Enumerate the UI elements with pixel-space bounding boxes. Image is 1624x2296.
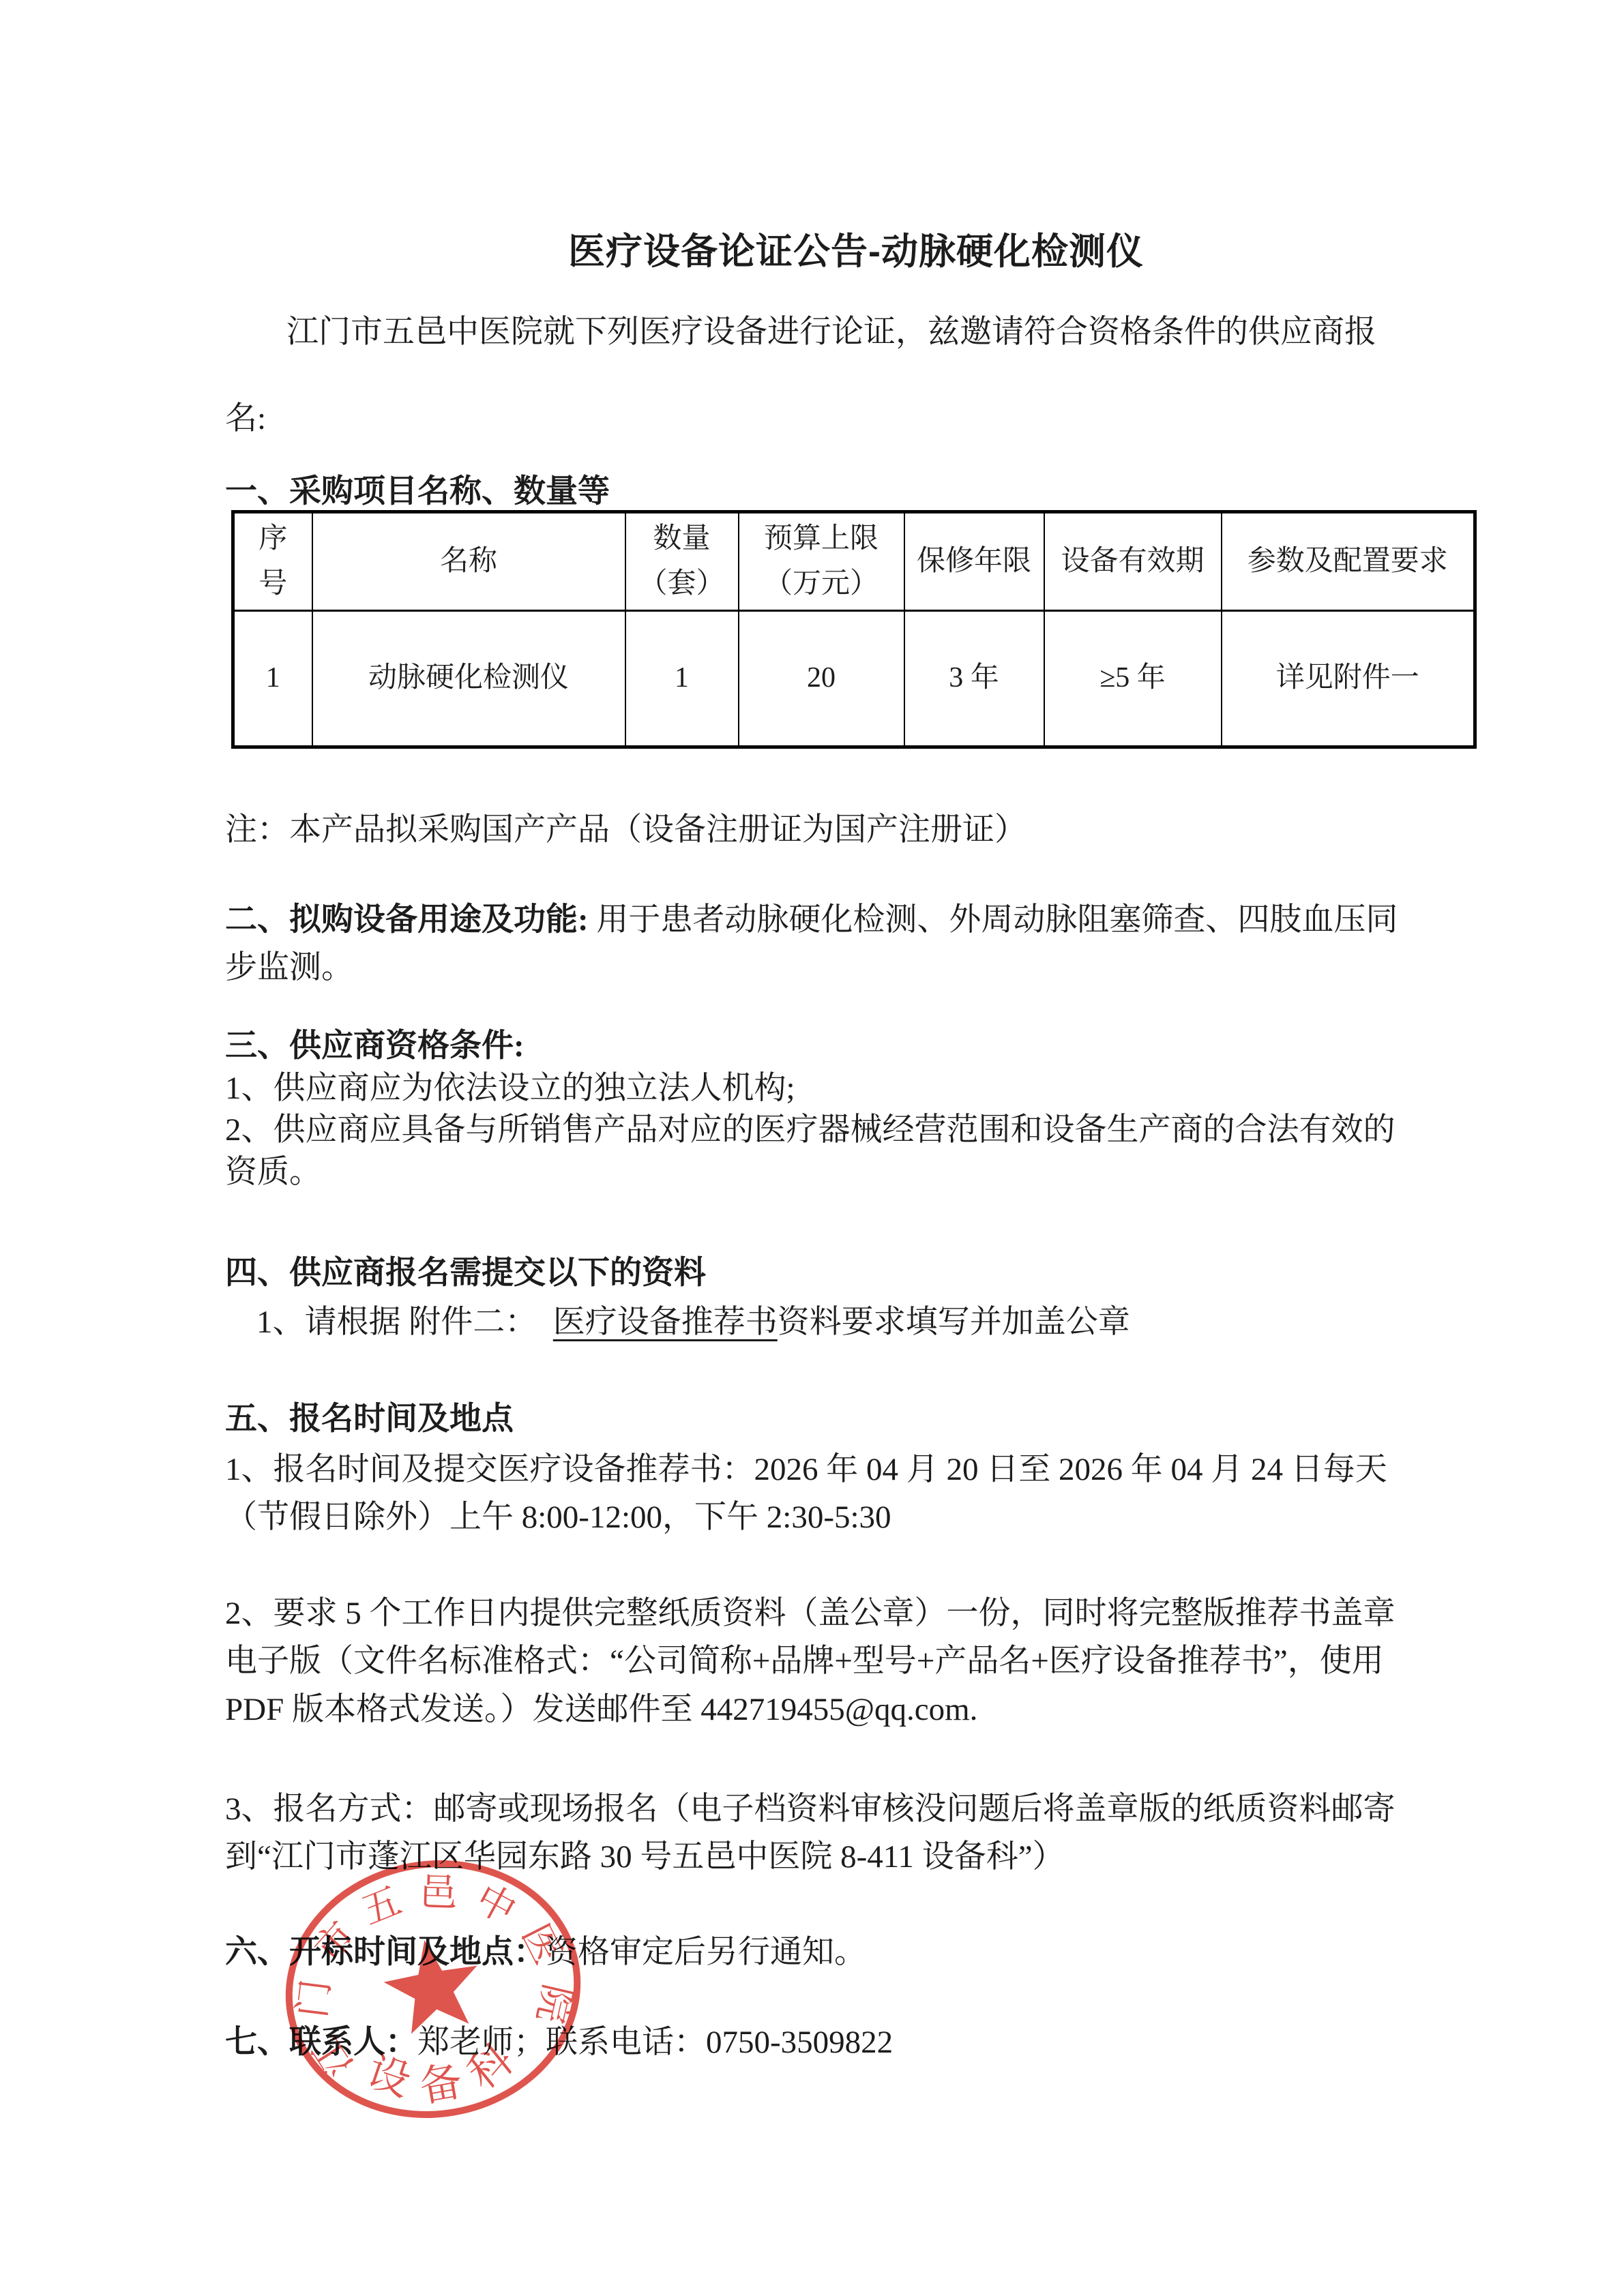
col-header-quantity: 数量 （套）	[625, 512, 739, 611]
cell-validity: ≥5 年	[1044, 611, 1222, 747]
section4-item1-prefix: 1、请根据 附件二：	[256, 1304, 553, 1340]
section5-item1-line1: 1、报名时间及提交医疗设备推荐书：2026 年 04 月 20 日至 2026 …	[225, 1450, 1387, 1490]
section2-line2: 步监测。	[225, 948, 353, 988]
col-header-warranty: 保修年限	[904, 512, 1044, 611]
section5-item3-line2: 到“江门市蓬江区华园东路 30 号五邑中医院 8-411 设备科”）	[225, 1837, 1065, 1877]
section5-item2-line2: 电子版（文件名标准格式：“公司简称+品牌+型号+产品名+医疗设备推荐书”，使用	[225, 1641, 1384, 1682]
cell-name: 动脉硬化检测仪	[312, 611, 625, 747]
table-row: 1 动脉硬化检测仪 1 20 3 年 ≥5 年 详见附件一	[233, 611, 1475, 747]
section3-item1: 1、供应商应为依法设立的独立法人机构;	[225, 1069, 795, 1109]
document-page: 医疗设备论证公告-动脉硬化检测仪 江门市五邑中医院就下列医疗设备进行论证，兹邀请…	[0, 0, 1624, 2296]
section5-item2-line3: PDF 版本格式发送。）发送邮件至 442719455@qq.com.	[225, 1690, 977, 1730]
intro-paragraph-line2: 名:	[225, 399, 266, 439]
col-header-name: 名称	[312, 512, 625, 611]
section5-heading: 五、报名时间及地点	[225, 1399, 514, 1440]
attachment-link[interactable]: 医疗设备推荐书	[553, 1304, 778, 1340]
section2-body-start: 用于患者动脉硬化检测、外周动脉阻塞筛查、四肢血压同	[589, 902, 1398, 938]
col-header-index: 序 号	[233, 512, 312, 611]
intro-paragraph-line1: 江门市五邑中医院就下列医疗设备进行论证，兹邀请符合资格条件的供应商报	[286, 312, 1376, 353]
official-seal: 江门市五邑中医院 设备科	[283, 1856, 583, 2122]
section5-item1-line2: （节假日除外）上午 8:00-12:00，下午 2:30-5:30	[225, 1497, 891, 1538]
section7-line: 七、联系人：郑老师；联系电话：0750-3509822	[225, 2023, 893, 2063]
section4-item1: 1、请根据 附件二： 医疗设备推荐书资料要求填写并加盖公章	[256, 1302, 1130, 1343]
seal-ring	[283, 1856, 583, 2122]
section7-heading: 七、联系人：	[225, 2025, 417, 2060]
col-header-validity: 设备有效期	[1044, 512, 1222, 611]
section4-heading: 四、供应商报名需提交以下的资料	[225, 1253, 706, 1294]
section1-heading: 一、采购项目名称、数量等	[225, 472, 610, 512]
section5-item3-line1: 3、报名方式：邮寄或现场报名（电子档资料审核没问题后将盖章版的纸质资料邮寄	[225, 1789, 1396, 1830]
table-note: 注：本产品拟采购国产产品（设备注册证为国产注册证）	[225, 810, 1027, 850]
cell-budget: 20	[739, 611, 904, 747]
col-header-budget: 预算上限 （万元）	[739, 512, 904, 611]
cell-specs: 详见附件一	[1222, 611, 1475, 747]
section6-body: 资格审定后另行通知。	[546, 1935, 866, 1970]
cell-quantity: 1	[625, 611, 739, 747]
section7-body: 郑老师；联系电话：0750-3509822	[417, 2025, 893, 2060]
cell-warranty: 3 年	[904, 611, 1044, 747]
section3-item2-line2: 资质。	[225, 1152, 321, 1193]
section5-item2-line1: 2、要求 5 个工作日内提供完整纸质资料（盖公章）一份，同时将完整版推荐书盖章	[225, 1594, 1396, 1634]
section6-line: 六、开标时间及地点：资格审定后另行通知。	[225, 1933, 866, 1973]
table-header-row: 序 号 名称 数量 （套） 预算上限 （万元） 保修年限 设备有效期 参数及配置…	[233, 512, 1475, 611]
page-title: 医疗设备论证公告-动脉硬化检测仪	[225, 222, 1487, 275]
section3-heading: 三、供应商资格条件:	[225, 1026, 525, 1067]
section2-line1: 二、拟购设备用途及功能: 用于患者动脉硬化检测、外周动脉阻塞筛查、四肢血压同	[225, 900, 1398, 940]
cell-index: 1	[233, 611, 312, 747]
col-header-specs: 参数及配置要求	[1222, 512, 1475, 611]
section2-heading: 二、拟购设备用途及功能:	[225, 902, 589, 938]
procurement-table: 序 号 名称 数量 （套） 预算上限 （万元） 保修年限 设备有效期 参数及配置…	[231, 510, 1477, 749]
official-seal-graphic: 江门市五邑中医院 设备科	[283, 1856, 583, 2122]
section4-item1-suffix: 资料要求填写并加盖公章	[778, 1304, 1130, 1340]
section6-heading: 六、开标时间及地点：	[225, 1935, 546, 1970]
section3-item2-line1: 2、供应商应具备与所销售产品对应的医疗器械经营范围和设备生产商的合法有效的	[225, 1110, 1396, 1150]
